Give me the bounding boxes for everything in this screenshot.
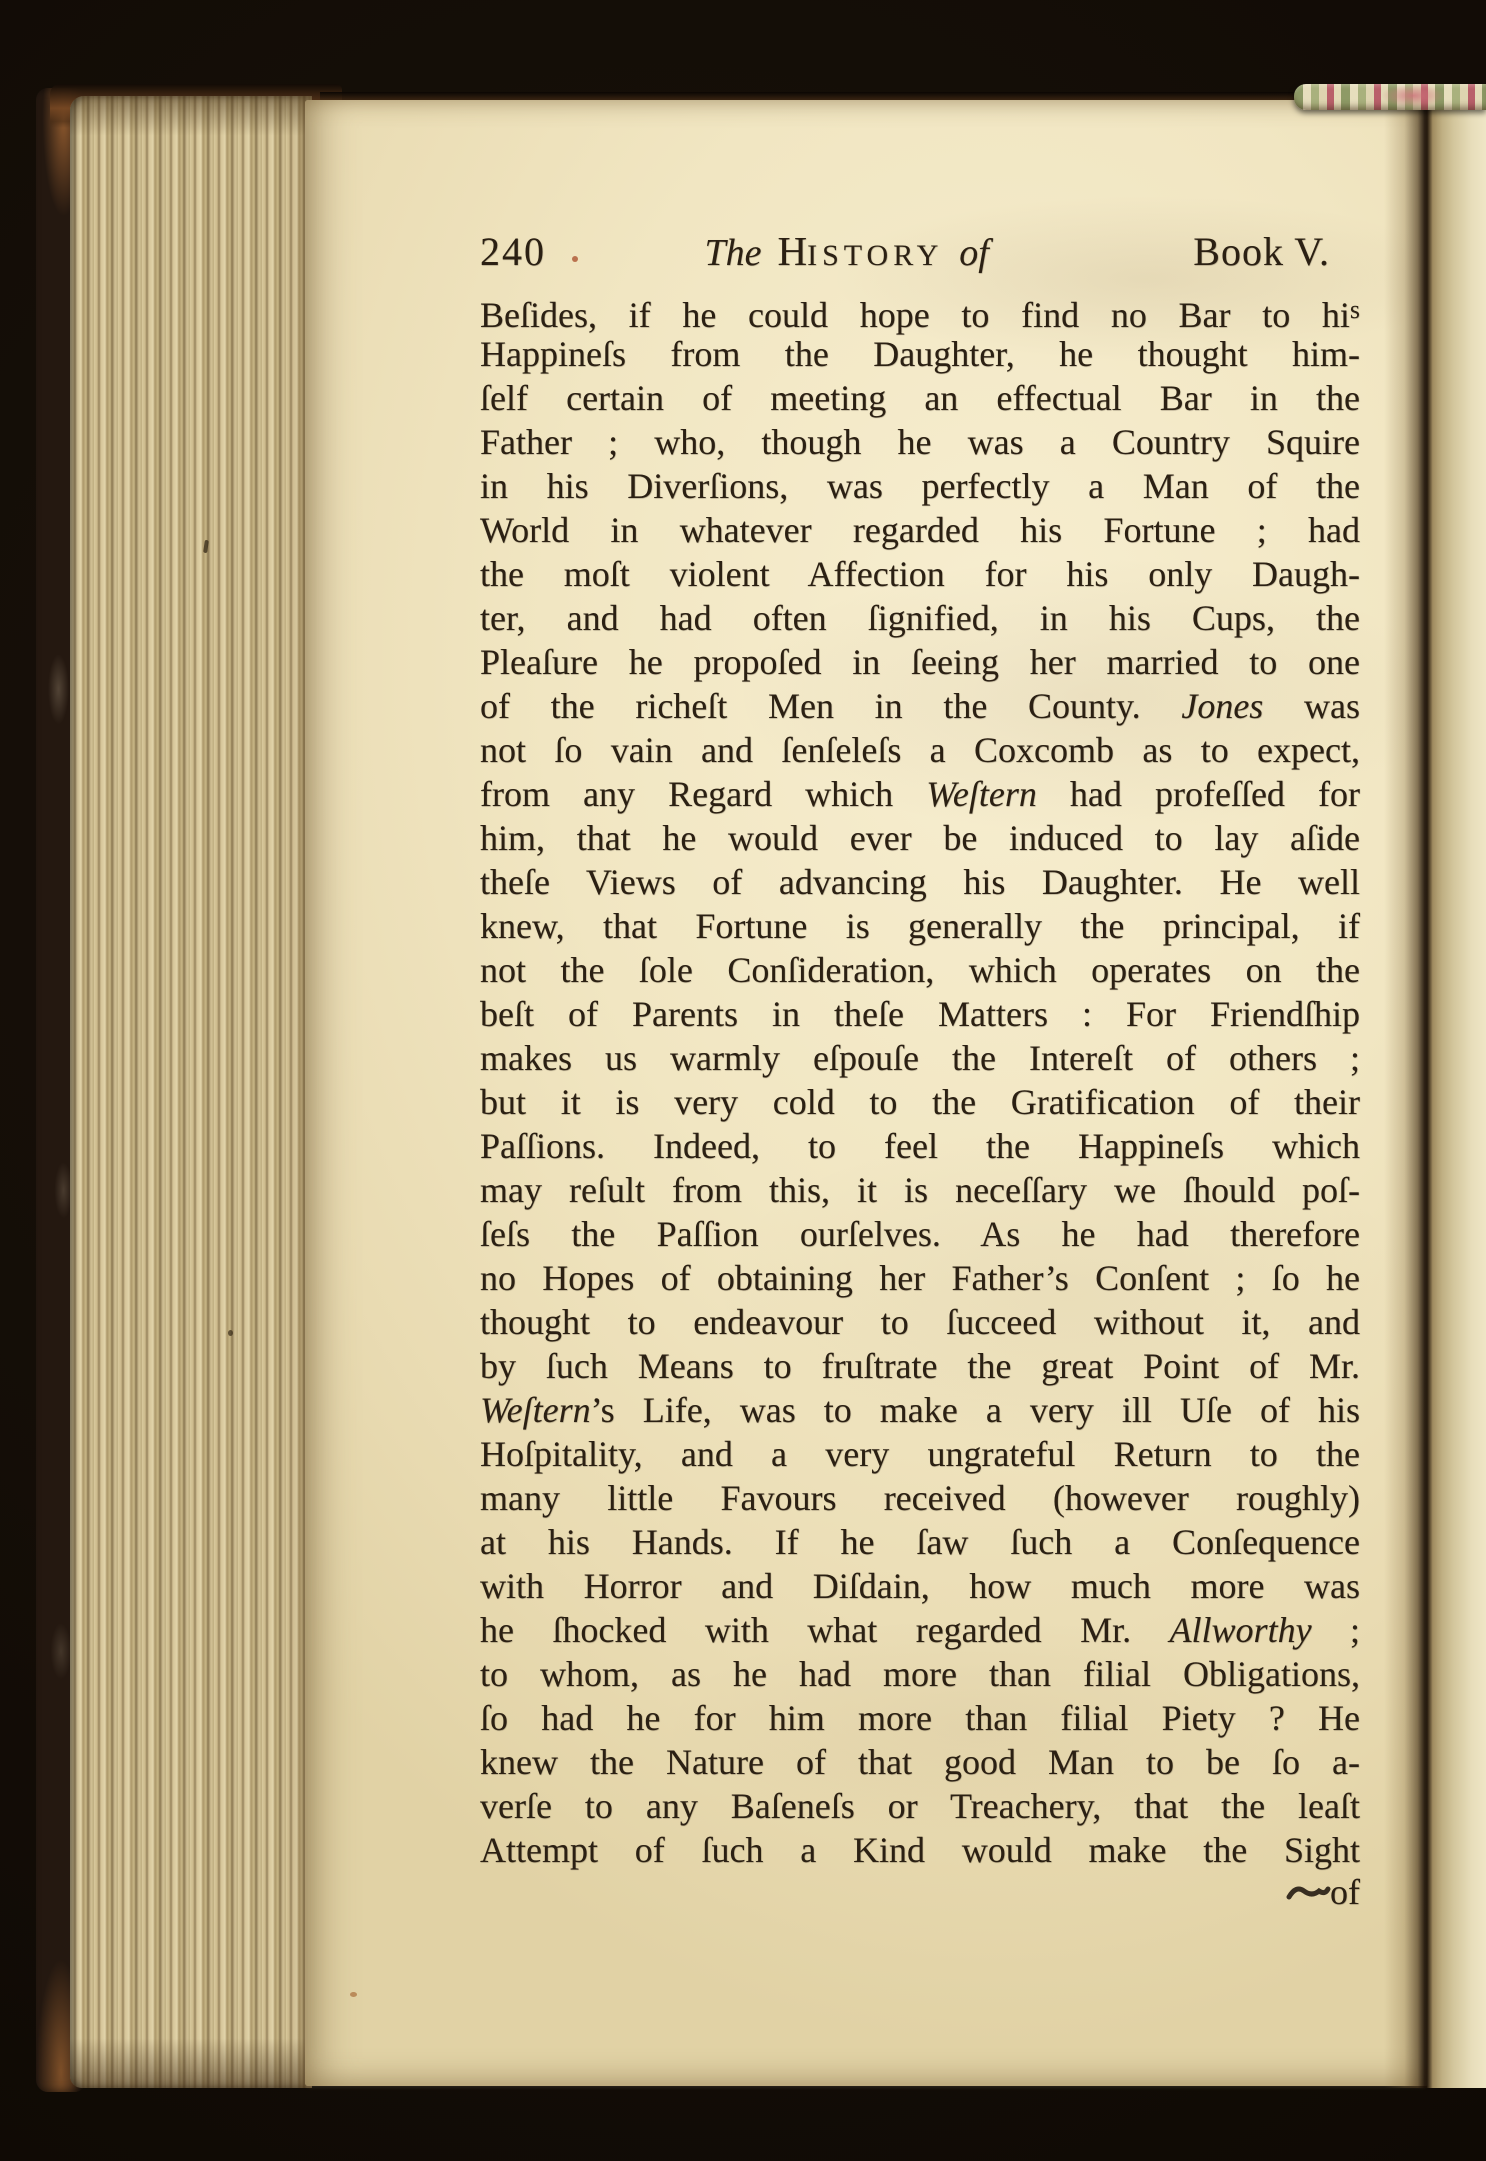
text-line: to whom, as he had more than filial Obli…	[480, 1652, 1360, 1696]
running-title: The HISTORY of	[704, 227, 988, 275]
gutter-shadow	[1384, 98, 1442, 2088]
text-line: thought to endeavour to ſucceed without …	[480, 1300, 1360, 1344]
ink-smudge	[1286, 1882, 1332, 1904]
text-line: Father ; who, though he was a Country Sq…	[480, 420, 1360, 464]
text-line: ſeſs the Paſſion ourſelves. As he had th…	[480, 1212, 1360, 1256]
page-fore-edge-stack	[70, 96, 312, 2088]
text-line: in his Diverſions, was perfectly a Man o…	[480, 464, 1360, 508]
paper-speck	[350, 1992, 357, 1997]
fore-edge-speck	[228, 1330, 233, 1336]
text-line: knew, that Fortune is generally the prin…	[480, 904, 1360, 948]
text-line: by ſuch Means to fruſtrate the great Poi…	[480, 1344, 1360, 1388]
running-title-history-initial: H	[777, 228, 807, 274]
text-line: Hoſpitality, and a very ungrateful Retur…	[480, 1432, 1360, 1476]
catchword: of	[1330, 1872, 1360, 1912]
text-line: Attempt of ſuch a Kind would make the Si…	[480, 1828, 1360, 1872]
text-line: not ſo vain and ſenſeleſs a Coxcomb as t…	[480, 728, 1360, 772]
running-title-history: HISTORY	[777, 227, 943, 275]
photo-background: 240 The HISTORY of Book V. Beſides, if h…	[0, 0, 1486, 2161]
text-line: not the ſole Conſideration, which operat…	[480, 948, 1360, 992]
text-line: knew the Nature of that good Man to be ſ…	[480, 1740, 1360, 1784]
text-line: may reſult from this, it is neceſſary we…	[480, 1168, 1360, 1212]
text-line: World in whatever regarded his Fortune ;…	[480, 508, 1360, 552]
text-line: with Horror and Diſdain, how much more w…	[480, 1564, 1360, 1608]
book-label: Book V.	[1193, 228, 1330, 275]
text-line: Paſſions. Indeed, to feel the Happineſs …	[480, 1124, 1360, 1168]
text-line: ſo had he for him more than filial Piety…	[480, 1696, 1360, 1740]
running-title-the: The	[704, 231, 761, 275]
running-title-history-rest: ISTORY	[807, 239, 943, 272]
text-line: Beſides, if he could hope to find no Bar…	[480, 288, 1360, 332]
text-line: verſe to any Baſeneſs or Treachery, that…	[480, 1784, 1360, 1828]
text-line: he ſhocked with what regarded Mr. Allwor…	[480, 1608, 1360, 1652]
text-line: theſe Views of advancing his Daughter. H…	[480, 860, 1360, 904]
headband	[1294, 84, 1486, 110]
text-line: Weſtern’s Life, was to make a very ill U…	[480, 1388, 1360, 1432]
text-line: him, that he would ever be induced to la…	[480, 816, 1360, 860]
text-block: Beſides, if he could hope to find no Bar…	[480, 288, 1360, 1872]
text-line: many little Favours received (however ro…	[480, 1476, 1360, 1520]
catchword-row: of	[480, 1870, 1366, 1914]
page-number: 240	[480, 228, 546, 275]
text-line: ter, and had often ſignified, in his Cup…	[480, 596, 1360, 640]
text-line: from any Regard which Weſtern had profeſ…	[480, 772, 1360, 816]
text-line: the moſt violent Affection for his only …	[480, 552, 1360, 596]
text-line: makes us warmly eſpouſe the Intereſt of …	[480, 1036, 1360, 1080]
text-line: no Hopes of obtaining her Father’s Conſe…	[480, 1256, 1360, 1300]
text-line: Happineſs from the Daughter, he thought …	[480, 332, 1360, 376]
text-line: beſt of Parents in theſe Matters : For F…	[480, 992, 1360, 1036]
text-line: of the richeſt Men in the County. Jones …	[480, 684, 1360, 728]
text-line: at his Hands. If he ſaw ſuch a Conſequen…	[480, 1520, 1360, 1564]
page-header: 240 The HISTORY of Book V.	[480, 227, 1330, 273]
text-line: Pleaſure he propoſed in ſeeing her marri…	[480, 640, 1360, 684]
paper-speck	[572, 256, 578, 262]
text-line: ſelf certain of meeting an effectual Bar…	[480, 376, 1360, 420]
text-line: but it is very cold to the Gratification…	[480, 1080, 1360, 1124]
running-title-of: of	[959, 231, 989, 275]
